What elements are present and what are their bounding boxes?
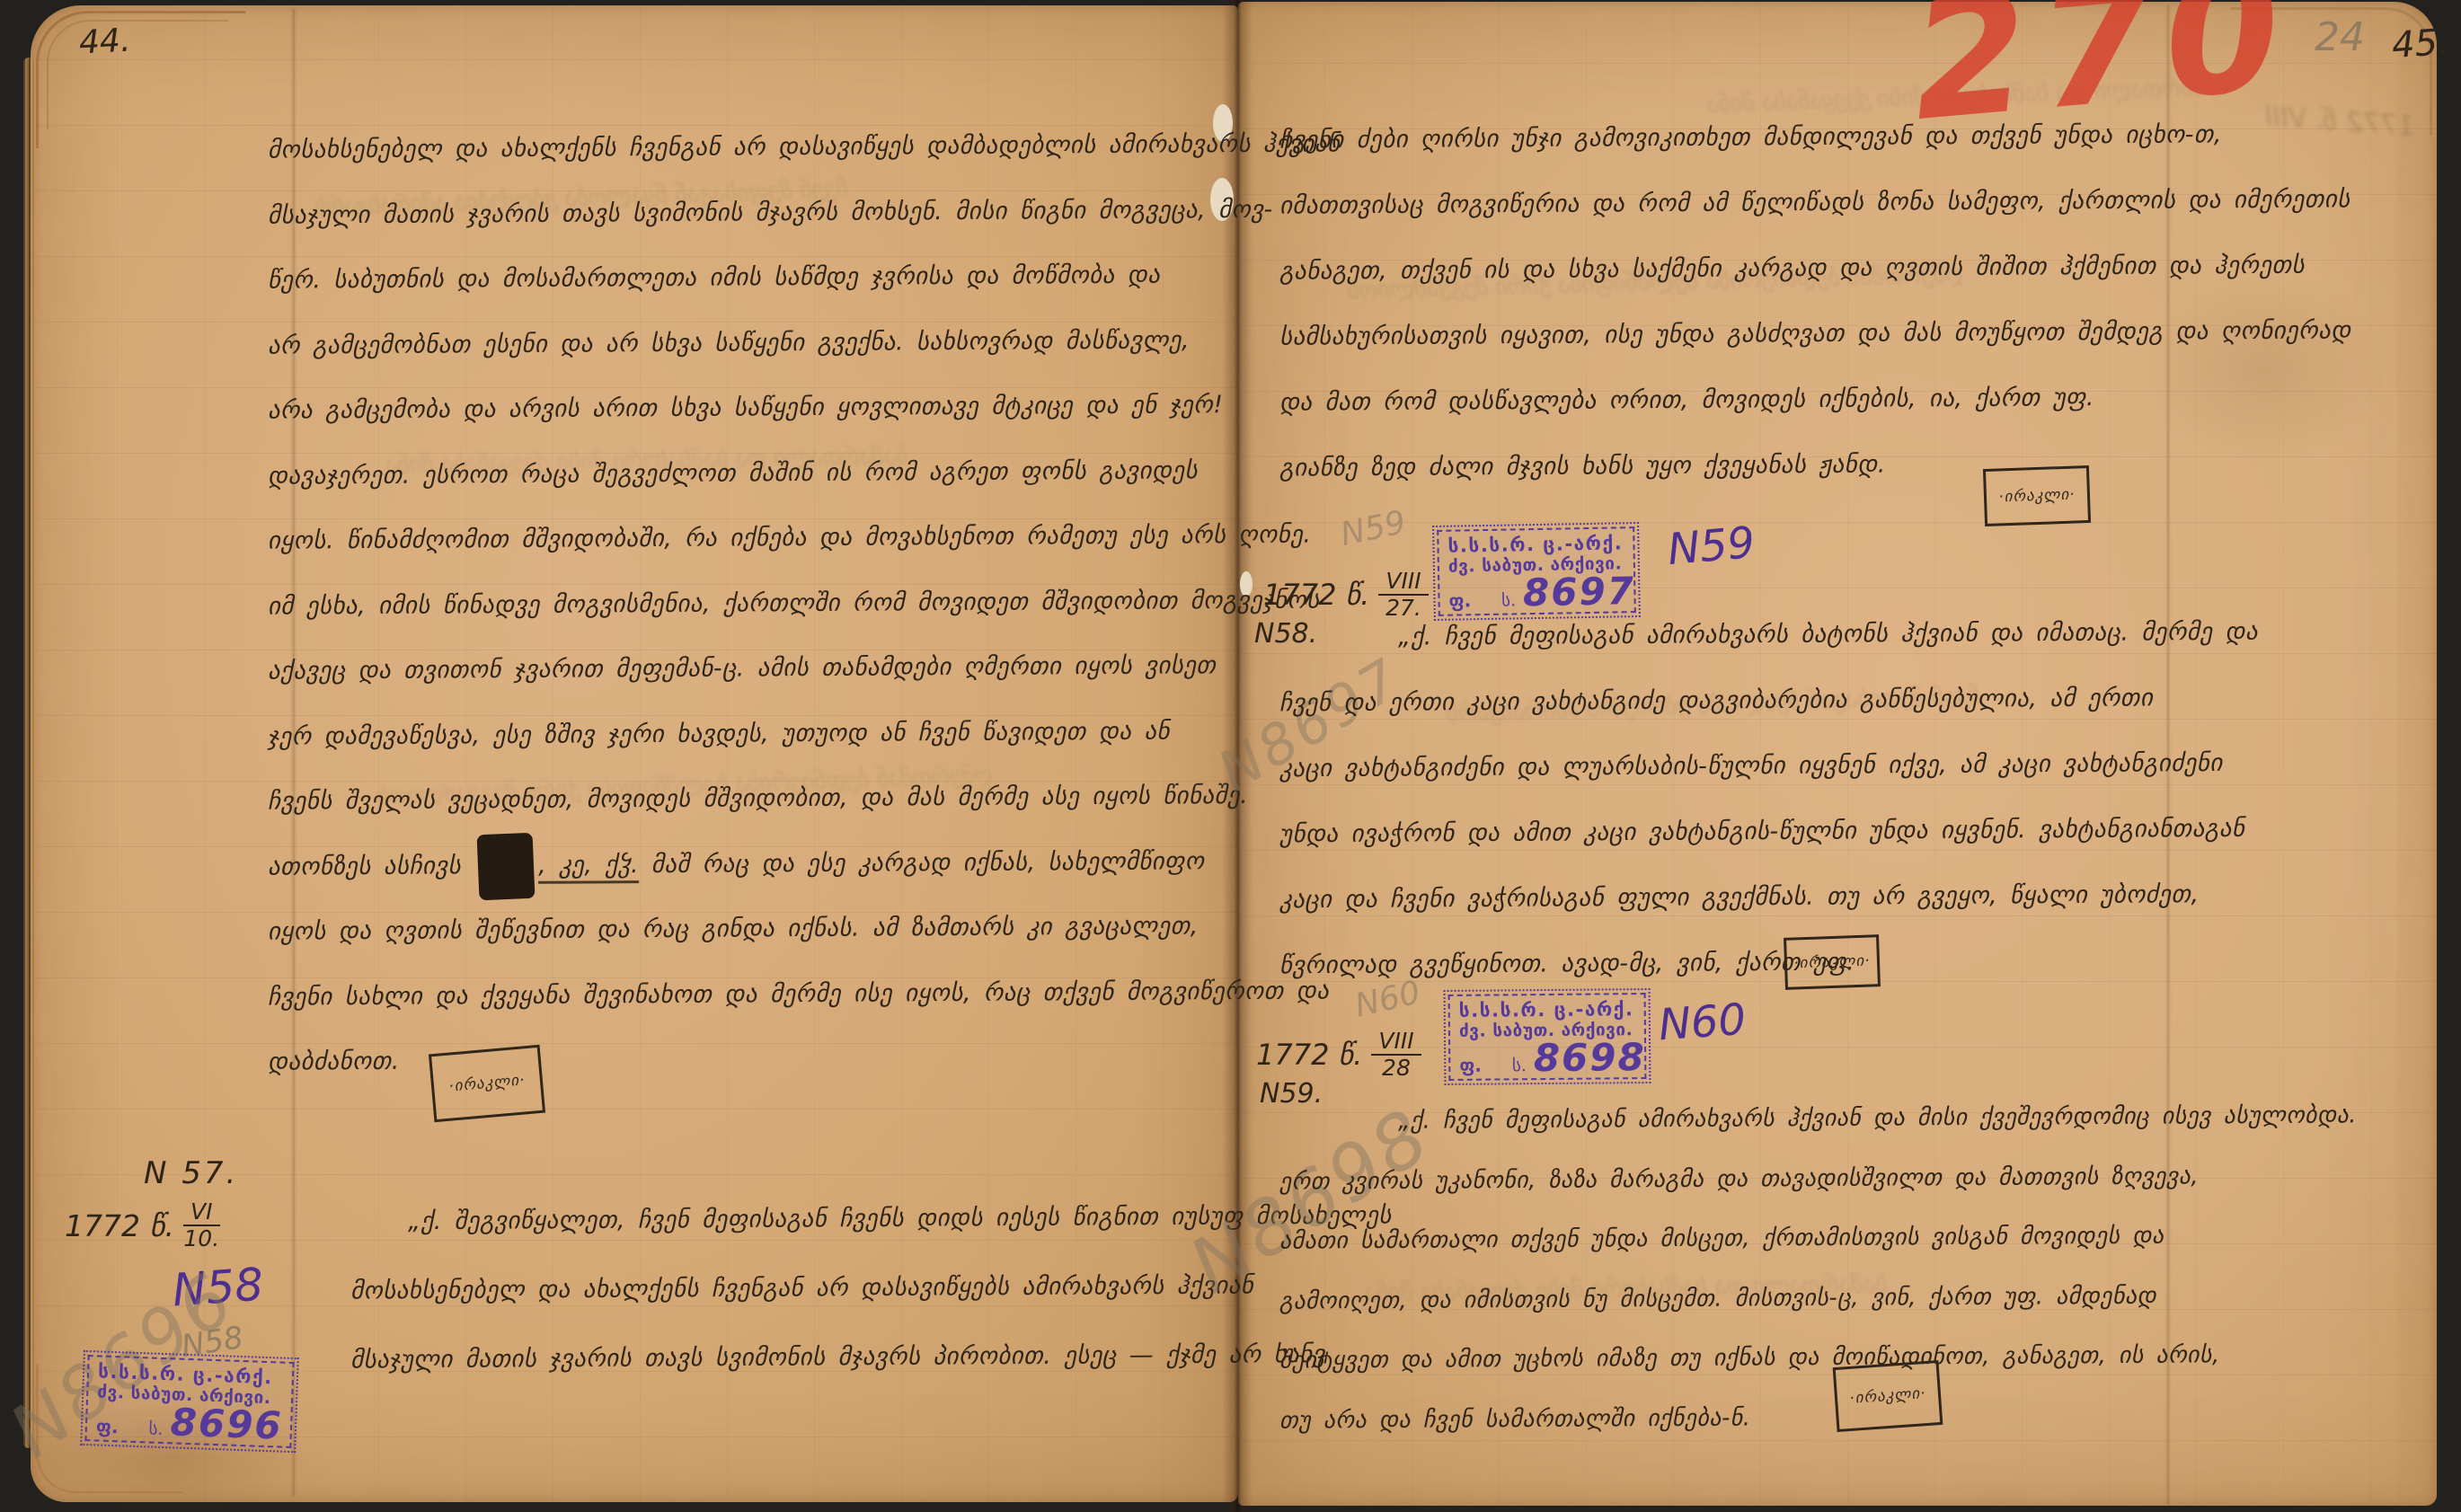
manuscript-scan: ჩვენ მეფისაგან წყალობა უბოძებია ამირახვა…: [0, 0, 2461, 1512]
manuscript-line: იყოს. წინამძღომით მშვიდობაში, რა იქნება …: [268, 502, 1341, 574]
stamp-line1: ს.ს.ს.რ. ც.-არქ.: [1459, 998, 1635, 1021]
manuscript-line: კაცი ვახტანგიძენი და ლუარსაბის-წულნი იყვ…: [1279, 730, 2259, 802]
manuscript-line: „ქ. ჩვენ მეფისაგან ამირახვარს ჰქვიან და …: [1279, 1085, 2357, 1152]
manuscript-line: განაგეთ, თქვენ ის და სხვა საქმენი კარგად…: [1279, 232, 2351, 304]
page-edge-stack: [23, 57, 34, 1448]
manuscript-line: არა გამცემობა და არვის არით სხვა საწყენი…: [268, 372, 1341, 444]
right-paragraph-1: ჩვენი ძები ღირსი უნჯი გამოვიკითხეთ მანდი…: [1279, 104, 2351, 498]
manuscript-line: აქავეც და თვითონ ჯვარით მეფემან-ც. ამის …: [268, 632, 1341, 704]
page-number-left: 44.: [78, 22, 131, 62]
manuscript-line-corrected: ათონზეს ასჩივს ✗✗, კე, ქჴ. მაშ რაც და ეს…: [268, 828, 1341, 900]
manuscript-line: ერთ კვირას უკანონი, ზაზა მარაგმა და თავა…: [1279, 1145, 2357, 1212]
underlined-text: , კე, ქჴ.: [538, 851, 639, 884]
manuscript-line: არ გამცემობნათ ესენი და არ სხვა საწყენი …: [268, 307, 1341, 379]
folio-number-pencil: 24: [2315, 14, 2365, 60]
manuscript-line: ჩვენი ძები ღირსი უნჯი გამოვიკითხეთ მანდი…: [1279, 101, 2351, 172]
archive-stamp: ს.ს.ს.რ. ც.-არქ. ძვ. საბუთ. არქივი. ფ. ს…: [1448, 993, 1647, 1081]
line-post: მაშ რაც და ესე კარგად იქნას, სახელმწიფო: [639, 847, 1205, 879]
manuscript-line: უნდა ივაჭრონ და ამით კაცი ვახტანგის-წულნ…: [1279, 796, 2259, 868]
manuscript-line: წვრილად გვეწყინოთ. ავად-მც, ვინ, ქართ უფ…: [1279, 927, 2259, 999]
doc-date: 1772 წ. VI 10.: [65, 1200, 220, 1251]
date-fraction: VIII 28: [1371, 1030, 1421, 1080]
manuscript-line: წერ. საბუთნის და მოსამართლეთა იმის საწმდ…: [268, 242, 1341, 314]
manuscript-line: იყოს და ღვთის შეწევნით და რაც გინდა იქნა…: [268, 893, 1341, 965]
date-day-denominator: 10.: [183, 1226, 219, 1251]
date-month-numerator: VI: [183, 1200, 219, 1226]
right-paragraph-2: „ქ. ჩვენ მეფისაგან ამირახვარს ბატონს ჰქვ…: [1279, 602, 2258, 995]
ink-blot: ✗✗: [477, 832, 536, 899]
doc-number-ink: N 57.: [144, 1155, 238, 1191]
line-pre: ათონზეს ასჩივს: [268, 852, 474, 880]
manuscript-line: ჩვენი სახლი და ქვეყანა შევინახოთ და მერმ…: [268, 959, 1341, 1030]
seal-box: ·ირაკლი·: [1983, 465, 2091, 526]
manuscript-line: „ქ. ჩვენ მეფისაგან ამირახვარს ბატონს ჰქვ…: [1279, 599, 2259, 671]
archive-stamp: ს.ს.ს.რ. ც.-არქ. ძვ. საბუთ. არქივი. ფ. ს…: [84, 1355, 294, 1448]
manuscript-line: მსაჯული მათის ჯვარის თავს სვიმონის მჯავრ…: [350, 1319, 1392, 1394]
manuscript-line: ჩვენ და ერთი კაცი ვახტანგიძე დაგვიბარები…: [1279, 665, 2259, 737]
date-year: 1772 წ.: [1256, 1038, 1362, 1072]
stamp-line1: ს.ს.ს.რ. ც.-არქ.: [1447, 532, 1624, 556]
stamp-number: 8698: [1534, 1039, 1646, 1076]
manuscript-line: კაცი და ჩვენი ვაჭრისაგან ფული გვექმნას. …: [1279, 862, 2259, 933]
manuscript-line: სამსახურისათვის იყავით, ისე უნდა გასძღვა…: [1279, 297, 2351, 369]
manuscript-line: შეიტყვეთ და ამით უცხოს იმაზე თუ იქნას და…: [1279, 1324, 2357, 1391]
stamp-fond-label: ფ.: [1459, 1055, 1482, 1076]
seal-box: ·ირაკლი·: [1833, 1360, 1943, 1432]
manuscript-line: ჯერ დამევაწესვა, ესე ზშივ ჯერი ხავდეს, უ…: [268, 698, 1341, 770]
page-number-right: 45.: [2390, 22, 2450, 66]
manuscript-line: ჩვენს შველას ვეცადნეთ, მოვიდეს მშვიდობით…: [268, 763, 1341, 835]
manuscript-line: და მათ რომ დასწავლება ორით, მოვიდეს იქნე…: [1279, 363, 2351, 435]
date-month-numerator: VIII: [1371, 1030, 1421, 1056]
manuscript-line: იმ ესხა, იმის წინადვე მოგვისმენია, ქართლ…: [268, 568, 1341, 640]
seal-box: ·ირაკლი·: [1784, 934, 1881, 990]
stamp-series-label: ს.: [1512, 1056, 1527, 1075]
left-paragraph: მოსახსენებელ და ახალქენს ჩვენგან არ დასა…: [268, 115, 1340, 1092]
doc-date: 1772 წ. VIII 28: [1256, 1030, 1421, 1080]
manuscript-line: გამოიღეთ, და იმისთვის ნუ მისცემთ. მისთვი…: [1279, 1265, 2357, 1331]
doc-number-purple: N59: [1666, 517, 1757, 575]
date-month-numerator: VIII: [1378, 570, 1428, 596]
manuscript-line: დავაჯერეთ. ესროთ რაცა შეგვეძლოთ მაშინ ის…: [268, 438, 1341, 509]
manuscript-line: იმათთვისაც მოგვიწერია და რომ ამ წელიწადს…: [1279, 166, 2351, 238]
manuscript-line: გიანზე ზედ ძალი მჯვის ხანს უყო ქვეყანას …: [1279, 429, 2351, 500]
stamp-number: 8696: [170, 1404, 283, 1444]
seal-box: ·ირაკლი·: [429, 1045, 545, 1123]
right-paragraph-3: „ქ. ჩვენ მეფისაგან ამირახვარს ჰქვიან და …: [1279, 1089, 2357, 1447]
doc-number-purple: N60: [1657, 995, 1748, 1051]
manuscript-line: ამათი სამართალი თქვენ უნდა მისცეთ, ქრთამ…: [1279, 1205, 2357, 1271]
date-fraction: VI 10.: [183, 1200, 219, 1251]
manuscript-line: თუ არა და ჩვენ სამართალში იქნება-ნ.: [1279, 1384, 2357, 1451]
manuscript-line: მოსახსენებელ და ახალქენს ჩვენგან არ დასა…: [268, 111, 1341, 183]
date-year: 1772 წ.: [65, 1208, 174, 1243]
date-day-denominator: 28: [1382, 1056, 1411, 1080]
stamp-fond-label: ფ.: [96, 1415, 119, 1437]
stamp-series-label: ს.: [148, 1419, 164, 1439]
manuscript-line: მსაჯული მათის ჯვარის თავს სვიმონის მჯავრ…: [268, 177, 1341, 249]
